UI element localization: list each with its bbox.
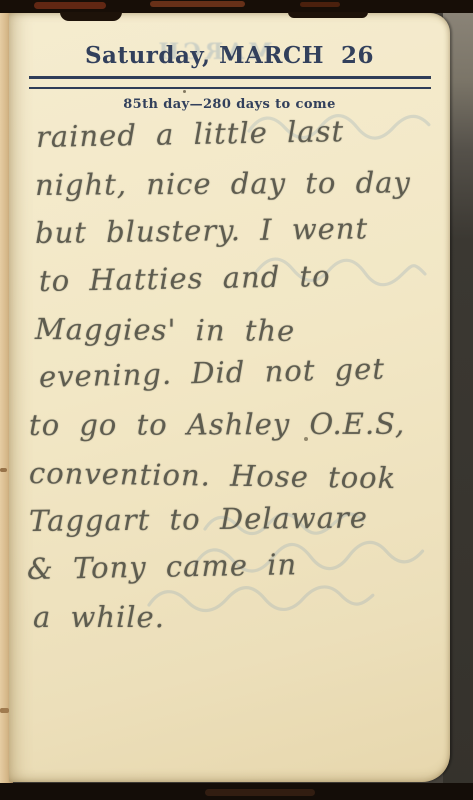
entry-line: but blustery. I went <box>35 203 451 257</box>
worn-leather-patch <box>300 2 340 7</box>
entry-line: evening. Did not get <box>38 343 450 401</box>
worn-leather-patch <box>205 789 315 796</box>
cover-edge-irregularity <box>288 12 368 18</box>
book-cover-bottom-edge <box>0 783 473 800</box>
entry-line: a while. <box>33 593 450 641</box>
diary-page: MARCH Saturday, MARCH 26 85th day—280 da… <box>9 13 450 782</box>
page-title-date: Saturday, MARCH 26 <box>9 13 450 69</box>
ink-speck <box>304 437 308 441</box>
cover-edge-irregularity <box>60 12 122 21</box>
entry-line: & Tony came in <box>27 538 451 593</box>
page-edge-nick <box>0 468 7 472</box>
diary-entry-handwriting: rained a little lastnight, nice day to d… <box>9 113 450 641</box>
entry-line: to Hatties and to <box>39 250 451 305</box>
ink-speck <box>183 90 186 93</box>
page-edge-nick <box>0 708 9 713</box>
entry-line: to go to Ashley O.E.S, <box>29 400 450 449</box>
entry-line: night, nice day to day <box>35 158 450 209</box>
worn-leather-patch <box>34 2 106 9</box>
double-rule-divider <box>29 76 431 89</box>
worn-leather-patch <box>150 1 245 7</box>
scanned-diary-photo: MARCH Saturday, MARCH 26 85th day—280 da… <box>0 0 473 800</box>
entry-line: Taggart to Delaware <box>29 493 450 545</box>
entry-line: rained a little last <box>36 105 451 161</box>
book-cover-top-edge <box>0 0 473 13</box>
